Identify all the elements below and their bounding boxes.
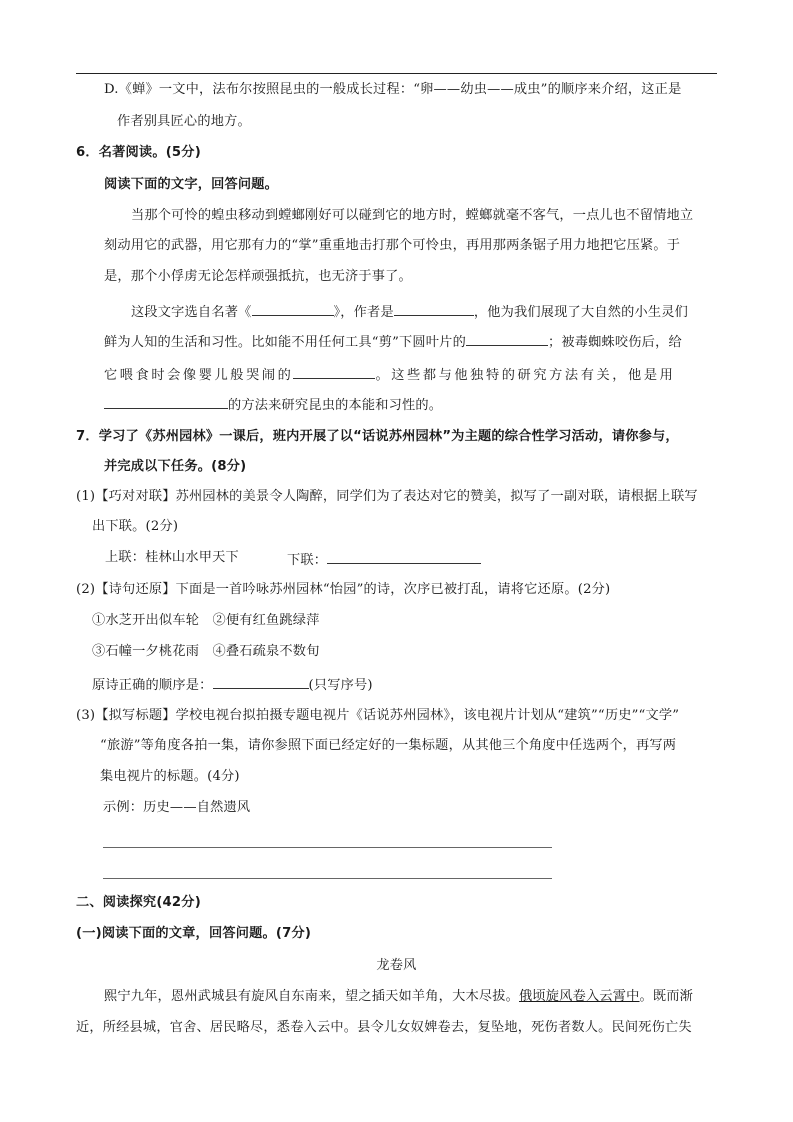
q7-heading-line2: 并完成以下任务。(8分): [104, 458, 246, 476]
q6-fill-text: 》，作者是: [334, 305, 394, 320]
answer-line-2[interactable]: [103, 878, 552, 879]
article-paragraph-line2: 近，所经县城，官舍、居民略尽，悉卷入云中。县令儿女奴婢卷去，复坠地，死伤者数人。…: [76, 1019, 692, 1037]
q6-fill-text: ；被毒蜘蛛咬伤后，给: [548, 335, 682, 350]
q7-sub2-line1: (2)【诗句还原】下面是一首吟咏苏州园林“怡园”的诗，次序已被打乱，请将它还原。…: [76, 581, 610, 599]
section2-part1-heading: (一)阅读下面的文章，回答问题。(7分): [76, 925, 311, 943]
couplet-lower-row: 下联：: [287, 549, 481, 570]
answer-line-1[interactable]: [103, 847, 552, 848]
q6-fill-line3: 它喂食时会像婴儿般哭闹的。这些都与他独特的研究方法有关，他是用: [104, 364, 675, 385]
couplet-upper: 上联：桂林山水甲天下: [105, 549, 239, 567]
q7-sub3-line1: (3)【拟写标题】学校电视台拟拍摄专题电视片《话说苏州园林》，该电视片计划从“建…: [76, 707, 679, 725]
poem-lines-row2: ③石幢一夕桃花雨 ④叠石疏泉不数旬: [92, 643, 320, 661]
q6-instruction: 阅读下面的文字，回答问题。: [104, 176, 278, 194]
poem-order-note: (只写序号): [309, 678, 373, 693]
poem-order-blank[interactable]: [213, 674, 309, 689]
q6-passage-line3: 是，那个小俘虏无论怎样顽强抵抗，也无济于事了。: [104, 268, 412, 286]
title-example: 示例：历史——自然遗风: [103, 799, 250, 817]
q7-sub1-line2: 出下联。(2分): [92, 518, 178, 536]
q6-heading: 6．名著阅读。(5分): [76, 144, 201, 162]
q6-fill-line4: 的方法来研究昆虫的本能和习性的。: [104, 394, 442, 415]
q6-fill-text: ，他为我们展现了大自然的小生灵们: [474, 305, 688, 320]
option-d-line2: 作者别具匠心的地方。: [117, 113, 251, 131]
q6-passage-line1: 当那个可怜的蝗虫移动到螳螂刚好可以碰到它的地方时，螳螂就毫不客气，一点儿也不留情…: [131, 207, 693, 225]
poem-order-row: 原诗正确的顺序是：(只写序号): [92, 674, 373, 695]
article-paragraph-line1: 熙宁九年，恩州武城县有旋风自东南来，望之插天如羊角，大木尽拔。俄顷旋风卷入云霄中…: [104, 988, 693, 1006]
q6-passage-line2: 刻动用它的武器，用它那有力的“掌”重重地击打那个可怜虫，再用那两条锯子用力地把它…: [104, 237, 680, 255]
couplet-lower-label: 下联：: [287, 553, 327, 568]
header-rule: [76, 73, 717, 74]
section2-heading: 二、阅读探究(42分): [76, 894, 201, 912]
method-blank[interactable]: [104, 394, 228, 409]
couplet-lower-blank[interactable]: [327, 549, 481, 564]
insect-blank-2[interactable]: [293, 364, 375, 379]
q6-fill-text: 这段文字选自名著《: [131, 305, 252, 320]
poem-lines-row1: ①水芝开出似车轮 ②便有红鱼跳绿萍: [92, 612, 320, 630]
article-title: 龙卷风: [0, 957, 793, 975]
q6-fill-line1: 这段文字选自名著《》，作者是，他为我们展现了大自然的小生灵们: [131, 301, 688, 322]
q6-fill-line2: 鲜为人知的生活和习性。比如能不用任何工具“剪”下圆叶片的；被毒蜘蛛咬伤后，给: [104, 331, 682, 352]
article-text: 。既而渐: [640, 989, 694, 1004]
underlined-sentence: 俄顷旋风卷入云霄中: [519, 989, 640, 1004]
q7-heading-line1: 7．学习了《苏州园林》一课后，班内开展了以“话说苏州园林”为主题的综合性学习活动…: [76, 428, 679, 446]
q6-fill-text: 鲜为人知的生活和习性。比如能不用任何工具“剪”下圆叶片的: [104, 335, 466, 350]
article-text: 熙宁九年，恩州武城县有旋风自东南来，望之插天如羊角，大木尽拔。: [104, 989, 519, 1004]
author-blank[interactable]: [394, 301, 474, 316]
q6-fill-text: 。这些都与他独特的研究方法有关，他是用: [375, 368, 675, 383]
q7-sub3-line2: “旅游”等角度各拍一集，请你参照下面已经定好的一集标题，从其他三个角度中任选两个…: [100, 737, 676, 755]
book-title-blank[interactable]: [252, 301, 334, 316]
poem-order-label: 原诗正确的顺序是：: [92, 678, 213, 693]
option-d-line1: D.《蝉》一文中，法布尔按照昆虫的一般成长过程：“卵——幼虫——成虫”的顺序来介…: [104, 81, 681, 99]
q6-fill-text: 它喂食时会像婴儿般哭闹的: [104, 368, 293, 383]
q7-sub1-line1: (1)【巧对对联】苏州园林的美景令人陶醉，同学们为了表达对它的赞美，拟写了一副对…: [76, 488, 698, 506]
q7-sub3-line3: 集电视片的标题。(4分): [100, 768, 240, 786]
insect-blank-1[interactable]: [466, 331, 548, 346]
q6-fill-text: 的方法来研究昆虫的本能和习性的。: [228, 398, 442, 413]
